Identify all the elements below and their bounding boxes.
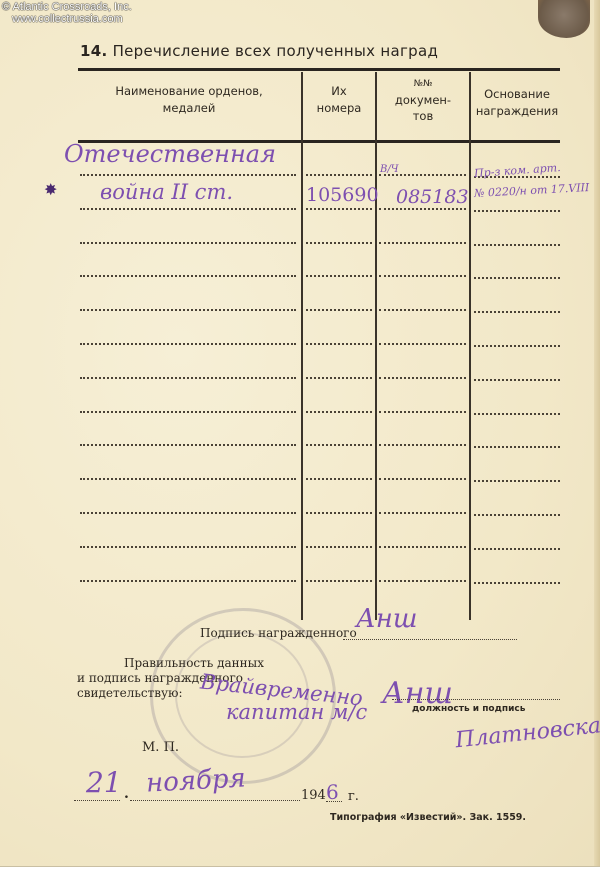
- table-row-line: [306, 174, 372, 176]
- column-header-documents: №№ докумен- тов: [377, 76, 469, 124]
- table-row-line: [474, 311, 560, 313]
- table-row-line: [474, 582, 560, 584]
- column-divider-1: [301, 72, 303, 620]
- watermark-line-1: © Atlantic Crossroads, Inc.: [2, 1, 132, 13]
- star-mark-icon: ✸: [44, 183, 58, 197]
- page-bottom-margin: [0, 866, 600, 876]
- table-row-line: [474, 480, 560, 482]
- table-row-line: [80, 174, 296, 176]
- date-day: 21: [86, 766, 122, 799]
- table-row-line: [80, 478, 296, 480]
- table-row-line: [306, 580, 372, 582]
- table-row-line: [379, 444, 466, 446]
- table-row-line: [474, 446, 560, 448]
- section-title: 14. Перечисление всех полученных наград: [80, 42, 438, 60]
- verify-label-line-1: Правильность данных: [124, 656, 264, 670]
- date-year-suffix: г.: [348, 789, 359, 804]
- date-year-line: [326, 801, 342, 802]
- table-row-line: [80, 546, 296, 548]
- table-row-line: [306, 512, 372, 514]
- watermark-line-2: www.collectrussia.com: [2, 13, 132, 25]
- table-row-line: [306, 275, 372, 277]
- date-month: ноября: [145, 763, 246, 798]
- document-prefix: В/Ч: [380, 164, 398, 175]
- watermark: © Atlantic Crossroads, Inc. www.collectr…: [2, 1, 132, 25]
- table-row-line: [306, 377, 372, 379]
- award-number: 105690: [306, 184, 379, 206]
- official-title-line-2: капитан м/с: [226, 700, 367, 724]
- document-number: 085183: [396, 186, 469, 208]
- table-row-line: [379, 580, 466, 582]
- header-line: Их: [303, 83, 375, 100]
- table-row-line: [80, 580, 296, 582]
- table-row-line: [306, 208, 372, 210]
- column-divider-2: [375, 72, 377, 620]
- column-header-basis: Основание награждения: [471, 86, 563, 120]
- table-row-line: [379, 411, 466, 413]
- header-line: медалей: [80, 100, 298, 117]
- header-line: номера: [303, 100, 375, 117]
- table-row-line: [379, 478, 466, 480]
- header-line: №№: [377, 76, 469, 92]
- date-day-line: [74, 800, 120, 801]
- position-caption: должность и подпись: [412, 704, 525, 714]
- award-name-line-2: война II ст.: [100, 180, 233, 204]
- date-separator: .: [124, 786, 129, 802]
- table-row-line: [474, 345, 560, 347]
- table-row-line: [379, 377, 466, 379]
- table-row-line: [474, 548, 560, 550]
- table-row-line: [379, 208, 466, 210]
- table-row-line: [80, 242, 296, 244]
- table-row-line: [80, 275, 296, 277]
- verify-label-line-3: свидетельствую:: [77, 686, 183, 700]
- table-row-line: [474, 277, 560, 279]
- header-line: Наименование орденов,: [80, 83, 298, 100]
- column-divider-3: [469, 72, 471, 620]
- table-row-line: [306, 444, 372, 446]
- recipient-signature: Анш: [356, 604, 417, 634]
- date-year-printed: 194: [301, 788, 326, 803]
- table-row-line: [379, 512, 466, 514]
- table-row-line: [80, 309, 296, 311]
- table-row-line: [474, 244, 560, 246]
- column-header-numbers: Их номера: [303, 83, 375, 117]
- official-signature-line: [392, 699, 560, 700]
- award-name-line-1: Отечественная: [64, 140, 276, 168]
- table-row-line: [306, 343, 372, 345]
- table-row-line: [306, 309, 372, 311]
- table-row-line: [306, 478, 372, 480]
- section-number: 14.: [80, 42, 107, 60]
- date-month-line: [130, 800, 300, 801]
- table-row-line: [80, 377, 296, 379]
- column-header-award-name: Наименование орденов, медалей: [80, 83, 298, 117]
- recipient-signature-label: Подпись награжденного: [200, 626, 357, 640]
- printer-imprint: Типография «Известий». Зак. 1559.: [330, 812, 526, 823]
- table-row-line: [474, 514, 560, 516]
- table-row-line: [474, 210, 560, 212]
- table-row-line: [379, 546, 466, 548]
- table-row-line: [379, 242, 466, 244]
- top-rule: [78, 68, 560, 71]
- table-row-line: [474, 413, 560, 415]
- header-line: докумен-: [377, 92, 469, 108]
- table-row-line: [80, 444, 296, 446]
- table-row-line: [379, 309, 466, 311]
- header-line: тов: [377, 108, 469, 124]
- table-row-line: [379, 275, 466, 277]
- table-row-line: [474, 379, 560, 381]
- header-line: награждения: [471, 103, 563, 120]
- table-row-line: [306, 242, 372, 244]
- recipient-signature-line: [343, 639, 517, 640]
- seal-placeholder-label: М. П.: [142, 740, 179, 755]
- table-row-line: [80, 208, 296, 210]
- table-row-line: [306, 546, 372, 548]
- section-title-text: Перечисление всех полученных наград: [113, 42, 439, 60]
- table-row-line: [379, 343, 466, 345]
- table-row-line: [80, 411, 296, 413]
- header-line: Основание: [471, 86, 563, 103]
- table-row-line: [80, 512, 296, 514]
- table-row-line: [306, 411, 372, 413]
- table-row-line: [80, 343, 296, 345]
